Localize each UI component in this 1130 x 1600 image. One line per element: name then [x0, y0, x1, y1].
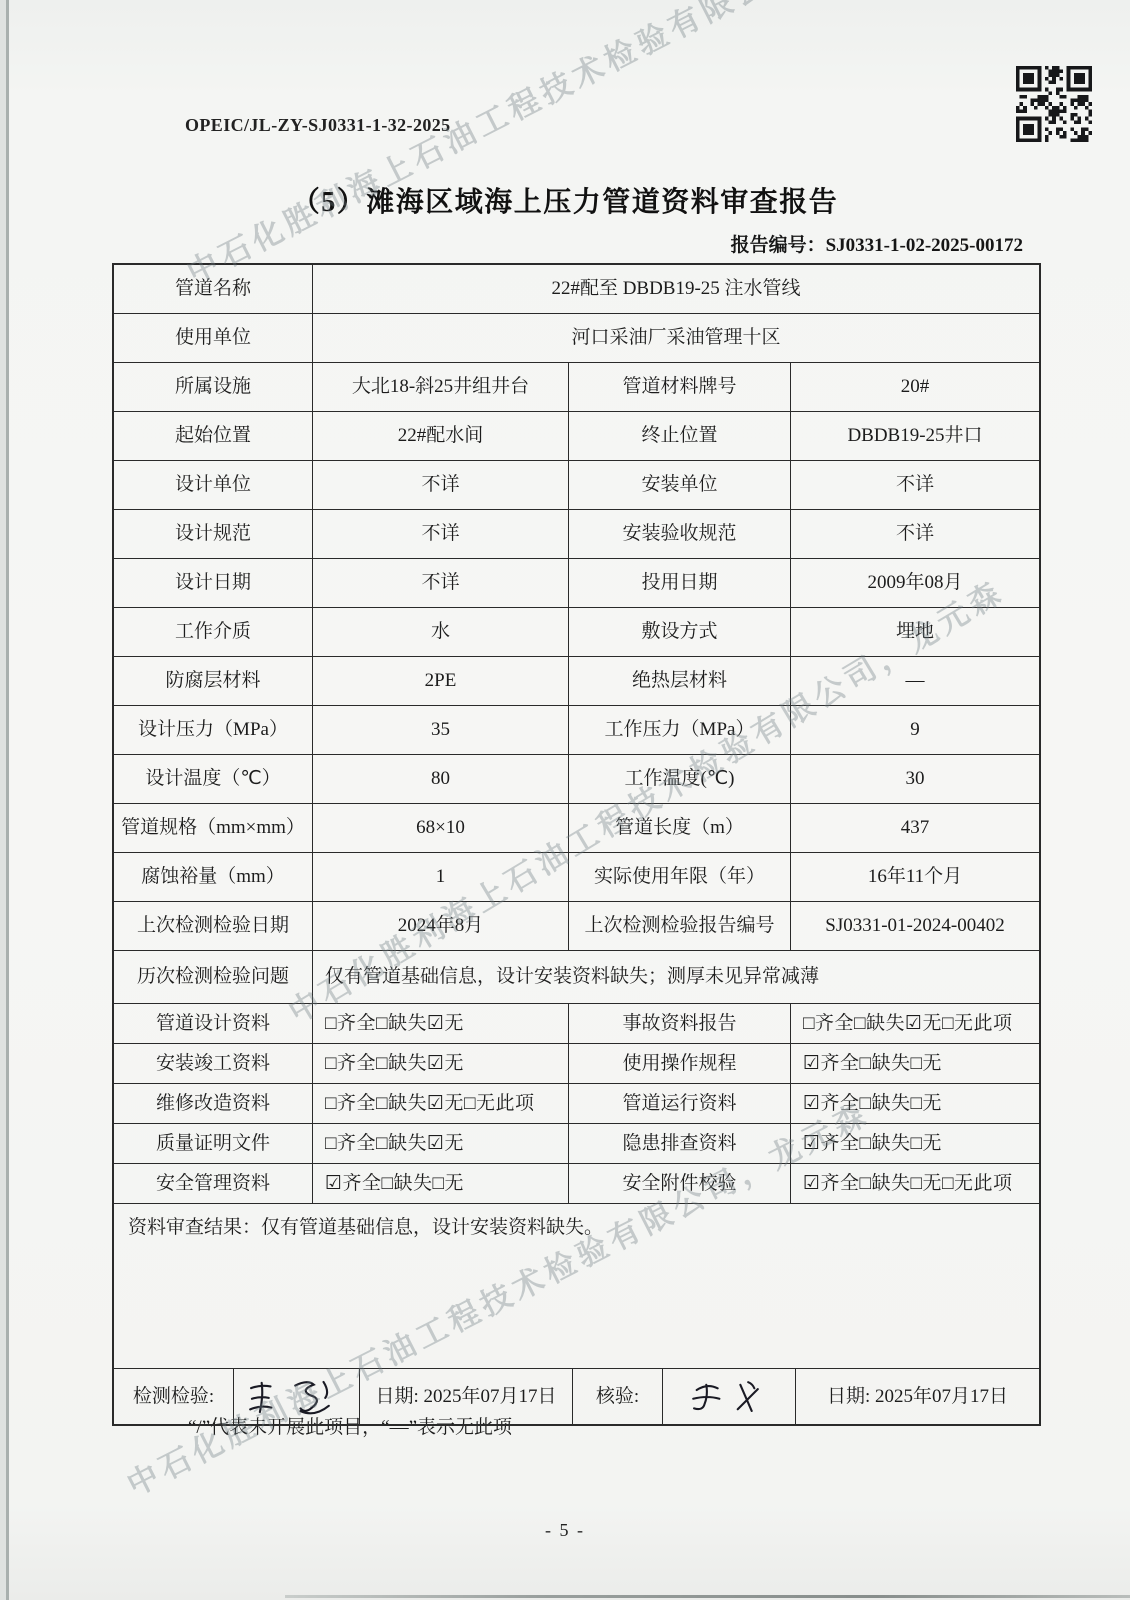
row-value: 不详 — [312, 510, 568, 558]
inspect-date: 日期: 2025年07月17日 — [359, 1369, 572, 1424]
row-value: 埋地 — [790, 608, 1039, 656]
row-label: 安装验收规范 — [568, 510, 790, 558]
table-row: 防腐层材料2PE绝热层材料— — [114, 656, 1039, 705]
inspector-signature — [233, 1369, 359, 1424]
table-row: 历次检测检验问题仅有管道基础信息，设计安装资料缺失；测厚未见异常减薄 — [114, 950, 1039, 1003]
row-label: 设计单位 — [114, 461, 312, 509]
table-row: 管道设计资料□齐全□缺失☑无事故资料报告□齐全□缺失☑无□无此项 — [114, 1003, 1039, 1043]
scan-left-edge-line — [6, 0, 9, 1600]
row-value: 2PE — [312, 657, 568, 705]
scanned-document-page: 中石化胜利海上石油工程技术检验有限公司，龙元森 中石化胜利海上石油工程技术检验有… — [0, 0, 1130, 1600]
row-label: 上次检测检验报告编号 — [568, 902, 790, 950]
row-label: 工作介质 — [114, 608, 312, 656]
verifier-label: 核验: — [572, 1369, 662, 1424]
table-row: 设计温度（℃）80工作温度(℃)30 — [114, 754, 1039, 803]
row-value: 30 — [790, 755, 1039, 803]
row-value: 437 — [790, 804, 1039, 852]
row-value: DBDB19-25井口 — [790, 412, 1039, 460]
table-row: 资料审查结果：仅有管道基础信息，设计安装资料缺失。 — [114, 1203, 1039, 1368]
page-title: （5）滩海区域海上压力管道资料审查报告 — [0, 180, 1130, 220]
row-value: 不详 — [312, 461, 568, 509]
verifier-signature — [662, 1369, 795, 1424]
checkbox-value: ☑齐全□缺失□无 — [312, 1164, 568, 1203]
table-row: 管道名称22#配至 DBDB19-25 注水管线 — [114, 265, 1039, 313]
row-label: 隐患排查资料 — [568, 1124, 790, 1163]
checkbox-value: □齐全□缺失☑无 — [312, 1044, 568, 1083]
row-label: 工作温度(℃) — [568, 755, 790, 803]
review-result-text: 资料审查结果：仅有管道基础信息，设计安装资料缺失。 — [114, 1204, 1039, 1368]
qr-code — [1016, 66, 1092, 142]
signature-row: 检测检验: 日期: 2025年07月17日 核验: 日期: 2025年07月17… — [114, 1368, 1039, 1424]
row-value: 68×10 — [312, 804, 568, 852]
row-value: 1 — [312, 853, 568, 901]
table-row: 质量证明文件□齐全□缺失☑无隐患排查资料☑齐全□缺失□无 — [114, 1123, 1039, 1163]
row-label: 管道运行资料 — [568, 1084, 790, 1123]
table-row: 起始位置22#配水间终止位置DBDB19-25井口 — [114, 411, 1039, 460]
row-label: 安装单位 — [568, 461, 790, 509]
row-label: 管道设计资料 — [114, 1004, 312, 1043]
checkbox-value: □齐全□缺失☑无□无此项 — [790, 1004, 1039, 1043]
row-label: 工作压力（MPa） — [568, 706, 790, 754]
row-label: 设计日期 — [114, 559, 312, 607]
table-row: 所属设施大北18-斜25井组井台管道材料牌号20# — [114, 362, 1039, 411]
row-label: 上次检测检验日期 — [114, 902, 312, 950]
checkbox-value: □齐全□缺失☑无 — [312, 1004, 568, 1043]
row-label: 使用单位 — [114, 314, 312, 362]
table-row: 上次检测检验日期2024年8月上次检测检验报告编号SJ0331-01-2024-… — [114, 901, 1039, 950]
row-value: — — [790, 657, 1039, 705]
checkbox-value: □齐全□缺失☑无□无此项 — [312, 1084, 568, 1123]
row-label: 历次检测检验问题 — [114, 951, 312, 1003]
checkbox-value: ☑齐全□缺失□无□无此项 — [790, 1164, 1039, 1203]
row-label: 终止位置 — [568, 412, 790, 460]
table-row: 维修改造资料□齐全□缺失☑无□无此项管道运行资料☑齐全□缺失□无 — [114, 1083, 1039, 1123]
row-label: 设计压力（MPa） — [114, 706, 312, 754]
row-label: 绝热层材料 — [568, 657, 790, 705]
pipeline-review-table: 管道名称22#配至 DBDB19-25 注水管线使用单位河口采油厂采油管理十区所… — [112, 263, 1041, 1426]
row-label: 安全附件校验 — [568, 1164, 790, 1203]
row-value: 2009年08月 — [790, 559, 1039, 607]
row-label: 实际使用年限（年） — [568, 853, 790, 901]
table-row: 设计规范不详安装验收规范不详 — [114, 509, 1039, 558]
row-value: 河口采油厂采油管理十区 — [312, 314, 1039, 362]
row-label: 使用操作规程 — [568, 1044, 790, 1083]
row-label: 腐蚀裕量（mm） — [114, 853, 312, 901]
row-label: 设计规范 — [114, 510, 312, 558]
document-code: OPEIC/JL-ZY-SJ0331-1-32-2025 — [185, 115, 451, 136]
row-value: 水 — [312, 608, 568, 656]
row-value: 20# — [790, 363, 1039, 411]
table-row: 使用单位河口采油厂采油管理十区 — [114, 313, 1039, 362]
table-row: 设计单位不详安装单位不详 — [114, 460, 1039, 509]
row-value: 16年11个月 — [790, 853, 1039, 901]
row-value: SJ0331-01-2024-00402 — [790, 902, 1039, 950]
row-label: 安全管理资料 — [114, 1164, 312, 1203]
page-number: - 5 - — [0, 1520, 1130, 1541]
row-label: 事故资料报告 — [568, 1004, 790, 1043]
row-label: 维修改造资料 — [114, 1084, 312, 1123]
report-number: 报告编号：SJ0331-1-02-2025-00172 — [731, 230, 1023, 257]
table-row: 管道规格（mm×mm）68×10管道长度（m）437 — [114, 803, 1039, 852]
scan-bottom-edge-line — [285, 1595, 1130, 1598]
inspector-label: 检测检验: — [114, 1369, 233, 1424]
table-row: 安装竣工资料□齐全□缺失☑无使用操作规程☑齐全□缺失□无 — [114, 1043, 1039, 1083]
row-label: 投用日期 — [568, 559, 790, 607]
row-label: 管道名称 — [114, 265, 312, 313]
row-label: 质量证明文件 — [114, 1124, 312, 1163]
row-label: 防腐层材料 — [114, 657, 312, 705]
row-label: 起始位置 — [114, 412, 312, 460]
verify-date: 日期: 2025年07月17日 — [795, 1369, 1039, 1424]
row-label: 管道长度（m） — [568, 804, 790, 852]
row-value: 不详 — [312, 559, 568, 607]
row-value: 大北18-斜25井组井台 — [312, 363, 568, 411]
table-row: 安全管理资料☑齐全□缺失□无安全附件校验☑齐全□缺失□无□无此项 — [114, 1163, 1039, 1203]
row-value: 仅有管道基础信息，设计安装资料缺失；测厚未见异常减薄 — [312, 951, 1039, 1003]
table-row: 设计日期不详投用日期2009年08月 — [114, 558, 1039, 607]
checkbox-value: ☑齐全□缺失□无 — [790, 1084, 1039, 1123]
row-label: 所属设施 — [114, 363, 312, 411]
checkbox-value: ☑齐全□缺失□无 — [790, 1124, 1039, 1163]
row-value: 22#配至 DBDB19-25 注水管线 — [312, 265, 1039, 313]
table-row: 腐蚀裕量（mm）1实际使用年限（年）16年11个月 — [114, 852, 1039, 901]
row-value: 不详 — [790, 510, 1039, 558]
row-label: 安装竣工资料 — [114, 1044, 312, 1083]
row-label: 管道规格（mm×mm） — [114, 804, 312, 852]
table-row: 设计压力（MPa）35工作压力（MPa）9 — [114, 705, 1039, 754]
row-value: 不详 — [790, 461, 1039, 509]
row-value: 9 — [790, 706, 1039, 754]
table-row: 工作介质水敷设方式埋地 — [114, 607, 1039, 656]
checkbox-value: □齐全□缺失☑无 — [312, 1124, 568, 1163]
row-label: 管道材料牌号 — [568, 363, 790, 411]
row-value: 35 — [312, 706, 568, 754]
row-value: 80 — [312, 755, 568, 803]
row-value: 22#配水间 — [312, 412, 568, 460]
row-label: 敷设方式 — [568, 608, 790, 656]
checkbox-value: ☑齐全□缺失□无 — [790, 1044, 1039, 1083]
row-label: 设计温度（℃） — [114, 755, 312, 803]
row-value: 2024年8月 — [312, 902, 568, 950]
